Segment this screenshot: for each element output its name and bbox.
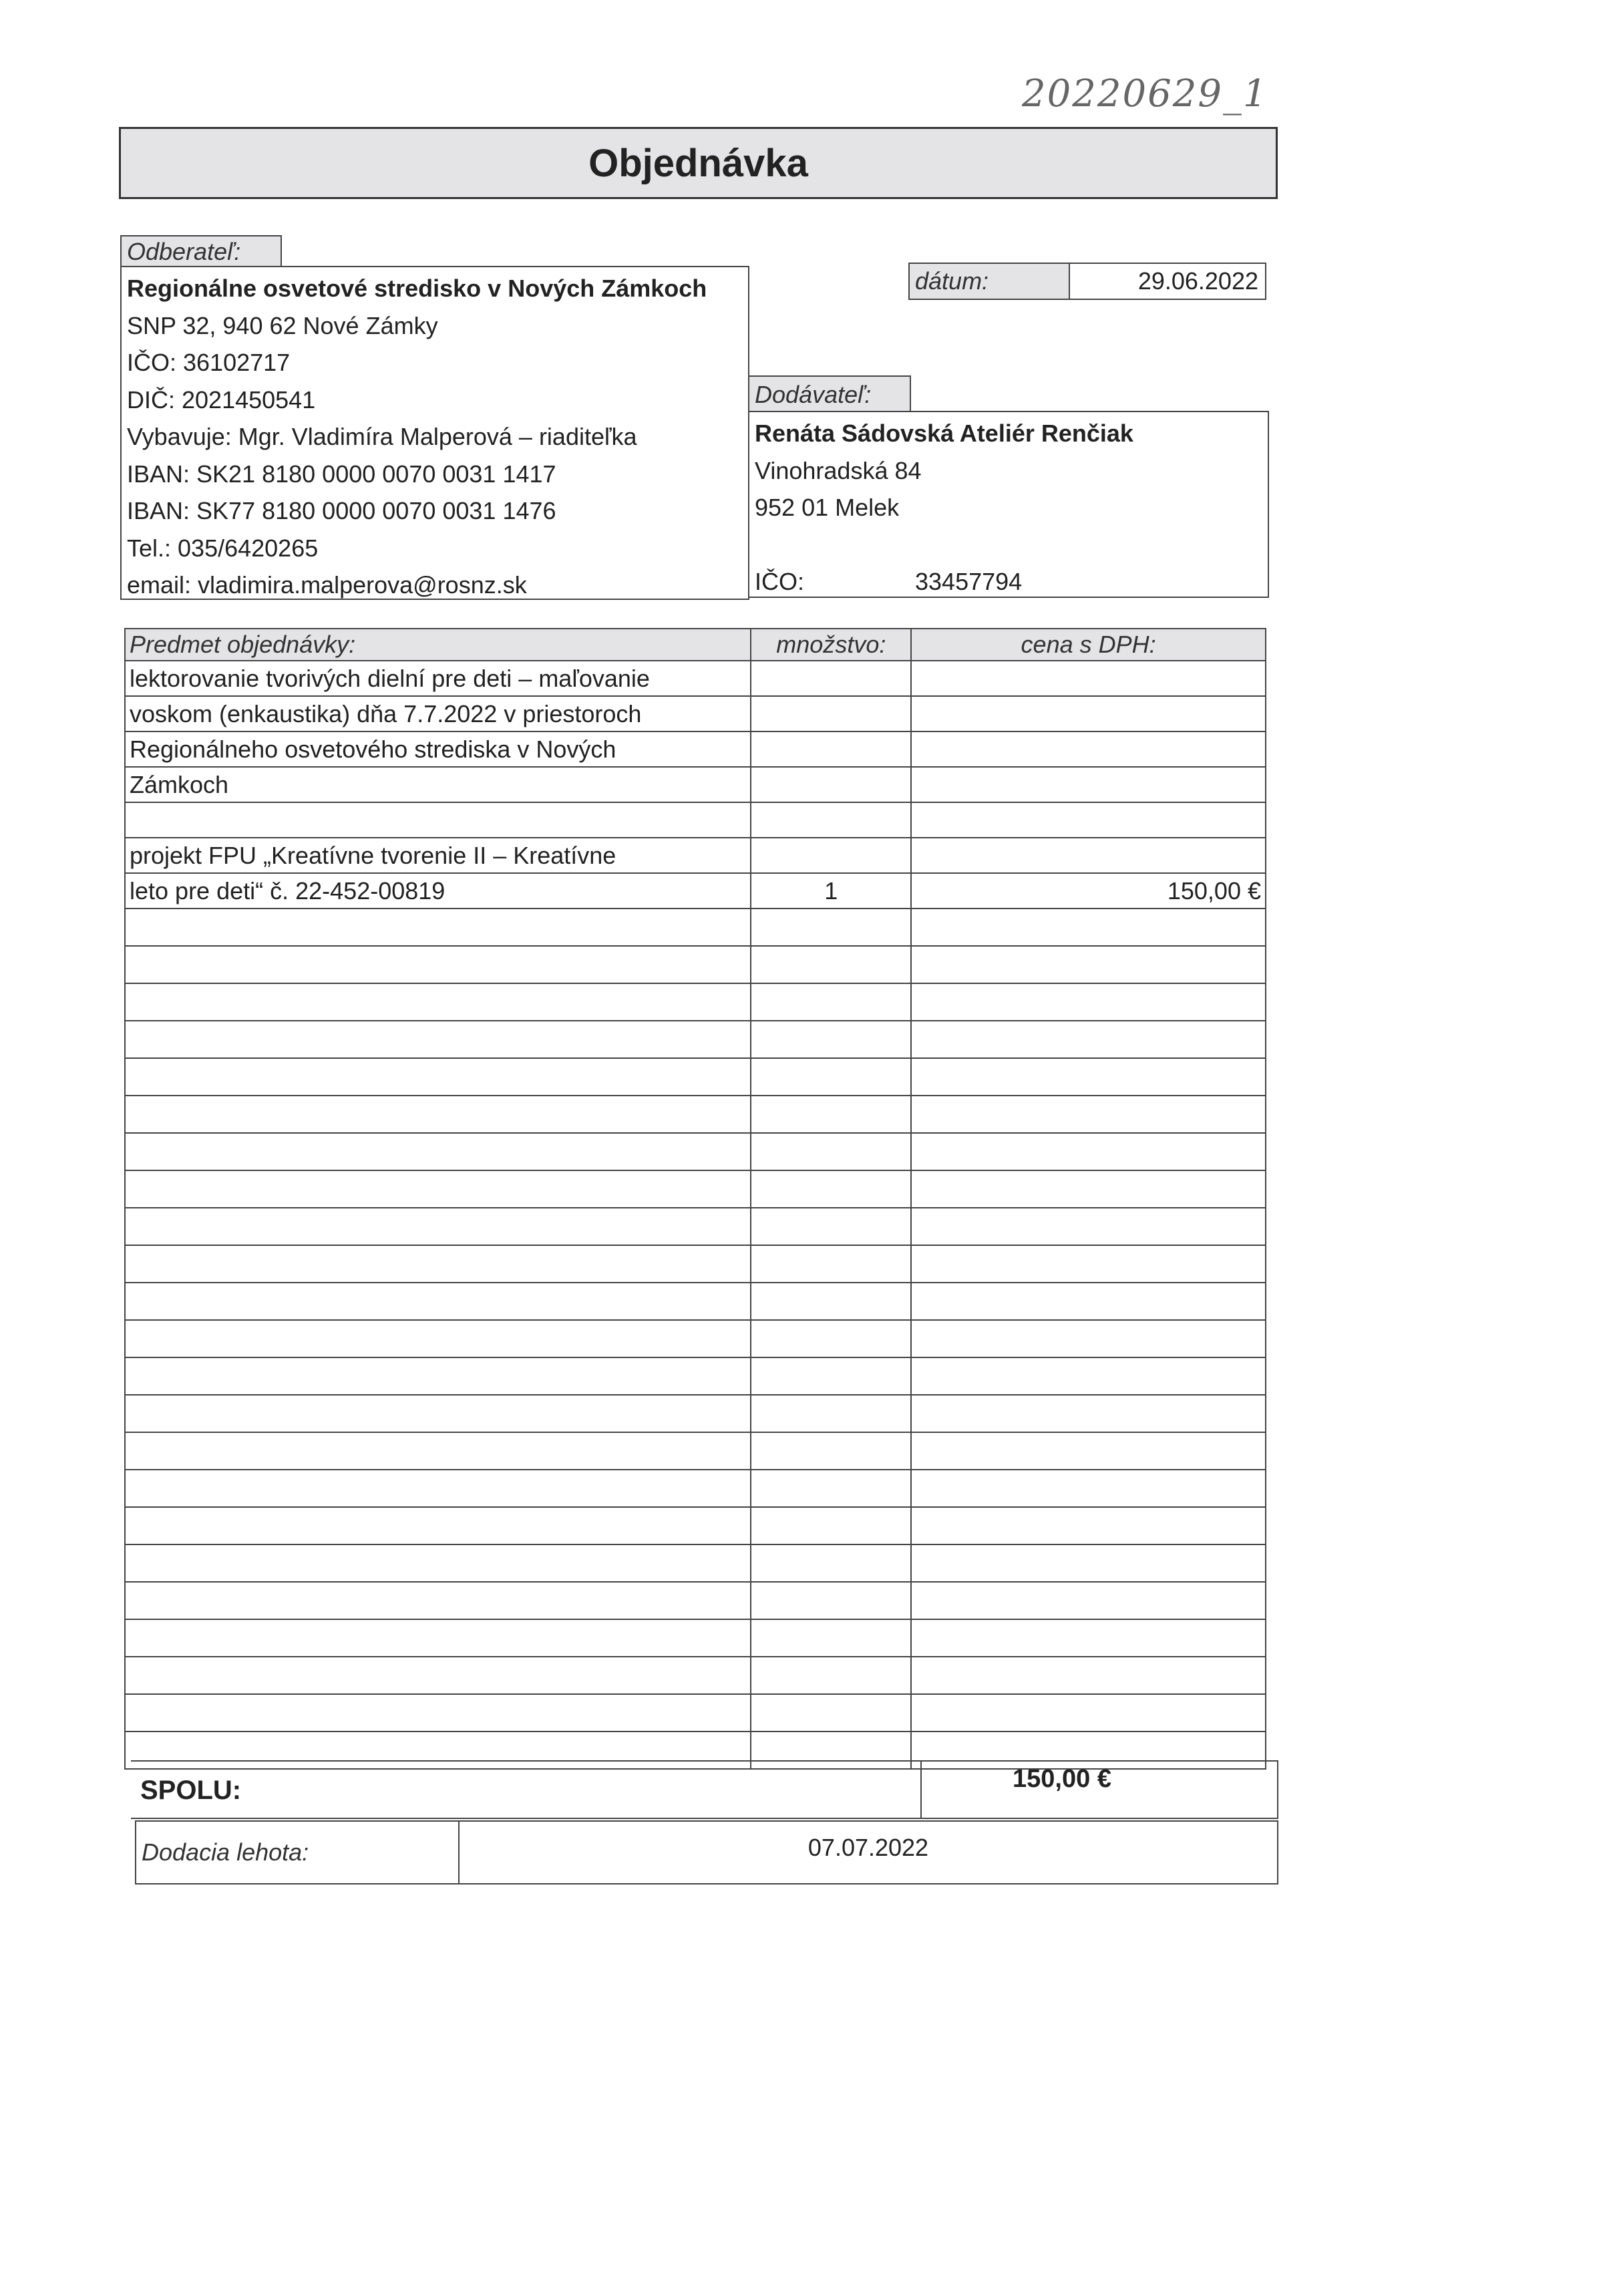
table-row-empty — [125, 1320, 1266, 1357]
cell-price — [911, 1096, 1266, 1133]
cell-quantity — [751, 1283, 911, 1320]
table-row-empty — [125, 1657, 1266, 1694]
cell-quantity — [751, 1208, 911, 1245]
cell-quantity — [751, 1432, 911, 1470]
table-row-empty — [125, 1021, 1266, 1058]
cell-subject — [125, 1320, 751, 1357]
table-row-empty — [125, 1096, 1266, 1133]
cell-subject — [125, 909, 751, 946]
cell-price — [911, 767, 1266, 802]
header-price: cena s DPH: — [911, 629, 1266, 661]
cell-quantity — [751, 1544, 911, 1582]
table-row-empty — [125, 1507, 1266, 1544]
document-title-box: Objednávka — [119, 127, 1278, 199]
cell-price — [911, 909, 1266, 946]
cell-subject — [125, 983, 751, 1021]
customer-iban-2: IBAN: SK77 8180 0000 0070 0031 1476 — [127, 492, 743, 530]
cell-price — [911, 1470, 1266, 1507]
customer-dic: DIČ: 2021450541 — [127, 381, 743, 419]
cell-price — [911, 1544, 1266, 1582]
table-row-empty — [125, 1208, 1266, 1245]
customer-name: Regionálne osvetové stredisko v Nových Z… — [127, 270, 743, 307]
cell-quantity — [751, 1245, 911, 1283]
cell-price — [911, 1320, 1266, 1357]
cell-price — [911, 661, 1266, 696]
document-title: Objednávka — [588, 141, 808, 186]
cell-quantity — [751, 731, 911, 767]
supplier-label: Dodávateľ: — [748, 375, 911, 412]
table-row-empty — [125, 1245, 1266, 1283]
cell-quantity — [751, 1133, 911, 1170]
cell-quantity — [751, 1694, 911, 1732]
cell-subject — [125, 1283, 751, 1320]
table-row: Regionálneho osvetového strediska v Nový… — [125, 731, 1266, 767]
cell-subject — [125, 946, 751, 983]
delivery-divider — [458, 1820, 460, 1884]
cell-quantity — [751, 767, 911, 802]
cell-subject — [125, 1470, 751, 1507]
cell-quantity — [751, 661, 911, 696]
customer-label: Odberateľ: — [120, 235, 282, 267]
cell-subject: Regionálneho osvetového strediska v Nový… — [125, 731, 751, 767]
cell-subject — [125, 1582, 751, 1619]
cell-price — [911, 1021, 1266, 1058]
cell-price — [911, 802, 1266, 838]
table-row: lektorovanie tvorivých dielní pre deti –… — [125, 661, 1266, 696]
delivery-label: Dodacia lehota: — [142, 1838, 309, 1866]
cell-price — [911, 1657, 1266, 1694]
cell-subject: voskom (enkaustika) dňa 7.7.2022 v pries… — [125, 696, 751, 731]
table-row: voskom (enkaustika) dňa 7.7.2022 v pries… — [125, 696, 1266, 731]
cell-price — [911, 946, 1266, 983]
customer-contact-person: Vybavuje: Mgr. Vladimíra Malperová – ria… — [127, 418, 743, 456]
table-row-empty — [125, 1283, 1266, 1320]
supplier-name: Renáta Sádovská Ateliér Renčiak — [755, 415, 1262, 452]
table-row — [125, 802, 1266, 838]
customer-email: email: vladimira.malperova@rosnz.sk — [127, 566, 743, 604]
supplier-spacer — [755, 526, 1262, 564]
table-row-empty — [125, 1058, 1266, 1096]
cell-subject: projekt FPU „Kreatívne tvorenie II – Kre… — [125, 838, 751, 873]
cell-quantity: 1 — [751, 873, 911, 909]
table-row: Zámkoch — [125, 767, 1266, 802]
table-row-empty — [125, 983, 1266, 1021]
order-items-table: Predmet objednávky: množstvo: cena s DPH… — [124, 628, 1266, 1770]
cell-subject — [125, 802, 751, 838]
cell-subject — [125, 1619, 751, 1657]
supplier-ico-value: 33457794 — [915, 563, 1022, 601]
header-subject: Predmet objednávky: — [125, 629, 751, 661]
cell-quantity — [751, 909, 911, 946]
cell-subject — [125, 1544, 751, 1582]
table-row-empty — [125, 1357, 1266, 1395]
cell-price — [911, 1245, 1266, 1283]
supplier-ico-row: IČO: 33457794 — [755, 563, 1262, 601]
cell-quantity — [751, 1507, 911, 1544]
cell-quantity — [751, 1320, 911, 1357]
date-value: 29.06.2022 — [1069, 263, 1266, 300]
cell-price — [911, 1133, 1266, 1170]
total-value: 150,00 € — [922, 1765, 1202, 1794]
cell-subject — [125, 1021, 751, 1058]
table-row-empty — [125, 1395, 1266, 1432]
customer-address: SNP 32, 940 62 Nové Zámky — [127, 307, 743, 345]
date-label: dátum: — [908, 263, 1070, 300]
cell-price — [911, 1694, 1266, 1732]
cell-quantity — [751, 838, 911, 873]
cell-price — [911, 731, 1266, 767]
cell-price — [911, 1283, 1266, 1320]
customer-ico: IČO: 36102717 — [127, 344, 743, 381]
cell-price — [911, 1208, 1266, 1245]
cell-price — [911, 1170, 1266, 1208]
table-row-empty — [125, 1432, 1266, 1470]
cell-quantity — [751, 946, 911, 983]
cell-price — [911, 983, 1266, 1021]
cell-quantity — [751, 1657, 911, 1694]
header-quantity: množstvo: — [751, 629, 911, 661]
table-row-empty — [125, 1694, 1266, 1732]
cell-quantity — [751, 983, 911, 1021]
cell-price — [911, 1058, 1266, 1096]
table-row-empty — [125, 909, 1266, 946]
cell-quantity — [751, 1619, 911, 1657]
cell-subject — [125, 1357, 751, 1395]
table-row-empty — [125, 1470, 1266, 1507]
cell-price — [911, 696, 1266, 731]
supplier-street: Vinohradská 84 — [755, 452, 1262, 490]
total-label: SPOLU: — [140, 1776, 241, 1806]
customer-phone: Tel.: 035/6420265 — [127, 530, 743, 567]
cell-quantity — [751, 1357, 911, 1395]
cell-subject — [125, 1058, 751, 1096]
cell-price — [911, 838, 1266, 873]
cell-subject — [125, 1208, 751, 1245]
cell-subject — [125, 1657, 751, 1694]
cell-quantity — [751, 1021, 911, 1058]
table-row-empty — [125, 1544, 1266, 1582]
table-row: leto pre deti“ č. 22-452-008191150,00 € — [125, 873, 1266, 909]
cell-quantity — [751, 1582, 911, 1619]
supplier-ico-label: IČO: — [755, 563, 915, 601]
cell-subject — [125, 1245, 751, 1283]
cell-quantity — [751, 1058, 911, 1096]
cell-quantity — [751, 1096, 911, 1133]
table-row-empty — [125, 1619, 1266, 1657]
cell-quantity — [751, 1170, 911, 1208]
cell-subject: leto pre deti“ č. 22-452-00819 — [125, 873, 751, 909]
handwritten-reference-number: 20220629_1 — [1022, 72, 1268, 116]
cell-price — [911, 1395, 1266, 1432]
cell-subject: lektorovanie tvorivých dielní pre deti –… — [125, 661, 751, 696]
customer-box: Regionálne osvetové stredisko v Nových Z… — [120, 266, 749, 600]
cell-quantity — [751, 1395, 911, 1432]
cell-subject — [125, 1096, 751, 1133]
cell-subject — [125, 1432, 751, 1470]
table-row-empty — [125, 1133, 1266, 1170]
table-row-empty — [125, 946, 1266, 983]
cell-price: 150,00 € — [911, 873, 1266, 909]
supplier-city: 952 01 Melek — [755, 489, 1262, 526]
cell-subject — [125, 1395, 751, 1432]
cell-quantity — [751, 802, 911, 838]
customer-iban-1: IBAN: SK21 8180 0000 0070 0031 1417 — [127, 456, 743, 493]
table-row: projekt FPU „Kreatívne tvorenie II – Kre… — [125, 838, 1266, 873]
cell-subject — [125, 1694, 751, 1732]
table-row-empty — [125, 1582, 1266, 1619]
cell-price — [911, 1619, 1266, 1657]
cell-quantity — [751, 696, 911, 731]
cell-price — [911, 1507, 1266, 1544]
cell-subject: Zámkoch — [125, 767, 751, 802]
cell-price — [911, 1357, 1266, 1395]
table-row-empty — [125, 1170, 1266, 1208]
cell-subject — [125, 1507, 751, 1544]
cell-subject — [125, 1170, 751, 1208]
cell-price — [911, 1582, 1266, 1619]
cell-price — [911, 1432, 1266, 1470]
supplier-box: Renáta Sádovská Ateliér Renčiak Vinohrad… — [748, 411, 1269, 598]
cell-quantity — [751, 1470, 911, 1507]
table-header-row: Predmet objednávky: množstvo: cena s DPH… — [125, 629, 1266, 661]
delivery-value: 07.07.2022 — [461, 1834, 1276, 1862]
cell-subject — [125, 1133, 751, 1170]
